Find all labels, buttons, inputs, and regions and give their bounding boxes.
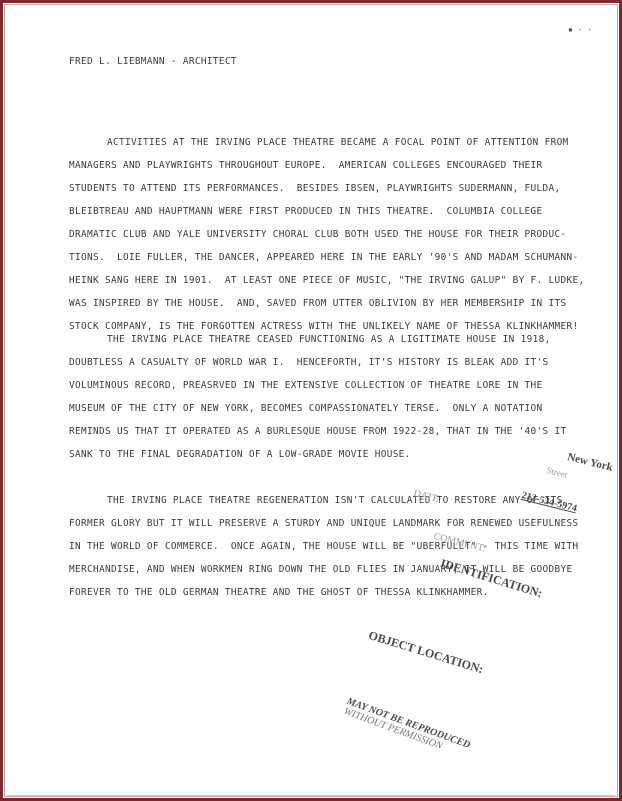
body-line: MUSEUM OF THE CITY OF NEW YORK, BECOMES …: [69, 403, 543, 414]
body-line: SANK TO THE FINAL DEGRADATION OF A LOW-G…: [69, 449, 411, 460]
body-line: WAS INSPIRED BY THE HOUSE. AND, SAVED FR…: [69, 298, 567, 309]
body-line: BLEIBTREAU AND HAUPTMANN WERE FIRST PROD…: [69, 206, 543, 217]
body-line: DRAMATIC CLUB AND YALE UNIVERSITY CHORAL…: [69, 229, 567, 240]
document-header: FRED L. LIEBMANN - ARCHITECT: [69, 56, 237, 67]
body-line: HEINK SANG HERE IN 1901. AT LEAST ONE PI…: [69, 275, 585, 286]
body-line: MANAGERS AND PLAYWRIGHTS THROUGHOUT EURO…: [69, 160, 543, 171]
stamp-street: Street: [546, 465, 569, 480]
body-line: IN THE WORLD OF COMMERCE. ONCE AGAIN, TH…: [69, 541, 579, 552]
body-line: FORMER GLORY BUT IT WILL PRESERVE A STUR…: [69, 518, 579, 529]
document-page: ▪ · · FRED L. LIEBMANN - ARCHITECT ACTIV…: [0, 0, 622, 801]
body-line: STOCK COMPANY, IS THE FORGOTTEN ACTRESS …: [69, 321, 579, 332]
body-line: REMINDS US THAT IT OPERATED AS A BURLESQ…: [69, 426, 567, 437]
body-line: VOLUMINOUS RECORD, PREASRVED IN THE EXTE…: [69, 380, 543, 391]
body-line: STUDENTS TO ATTEND ITS PERFORMANCES. BES…: [69, 183, 561, 194]
scan-speck: ▪ · ·: [568, 25, 592, 34]
body-line: DOUBTLESS A CASUALTY OF WORLD WAR I. HEN…: [69, 357, 549, 368]
body-line: TIONS. LOIE FULLER, THE DANCER, APPEARED…: [69, 252, 579, 263]
stamp-phone: 212-534-5974: [520, 490, 578, 514]
body-line: THE IRVING PLACE THEATRE REGENERATION IS…: [107, 495, 563, 506]
body-line: THE IRVING PLACE THEATRE CEASED FUNCTION…: [107, 334, 551, 345]
scan-edge-rule: [7, 795, 615, 796]
body-line: FOREVER TO THE OLD GERMAN THEATRE AND TH…: [69, 587, 489, 598]
stamp-object-location: OBJECT LOCATION:: [367, 628, 485, 677]
stamp-new-york: New York: [566, 451, 614, 474]
body-line: ACTIVITIES AT THE IRVING PLACE THEATRE B…: [107, 137, 569, 148]
